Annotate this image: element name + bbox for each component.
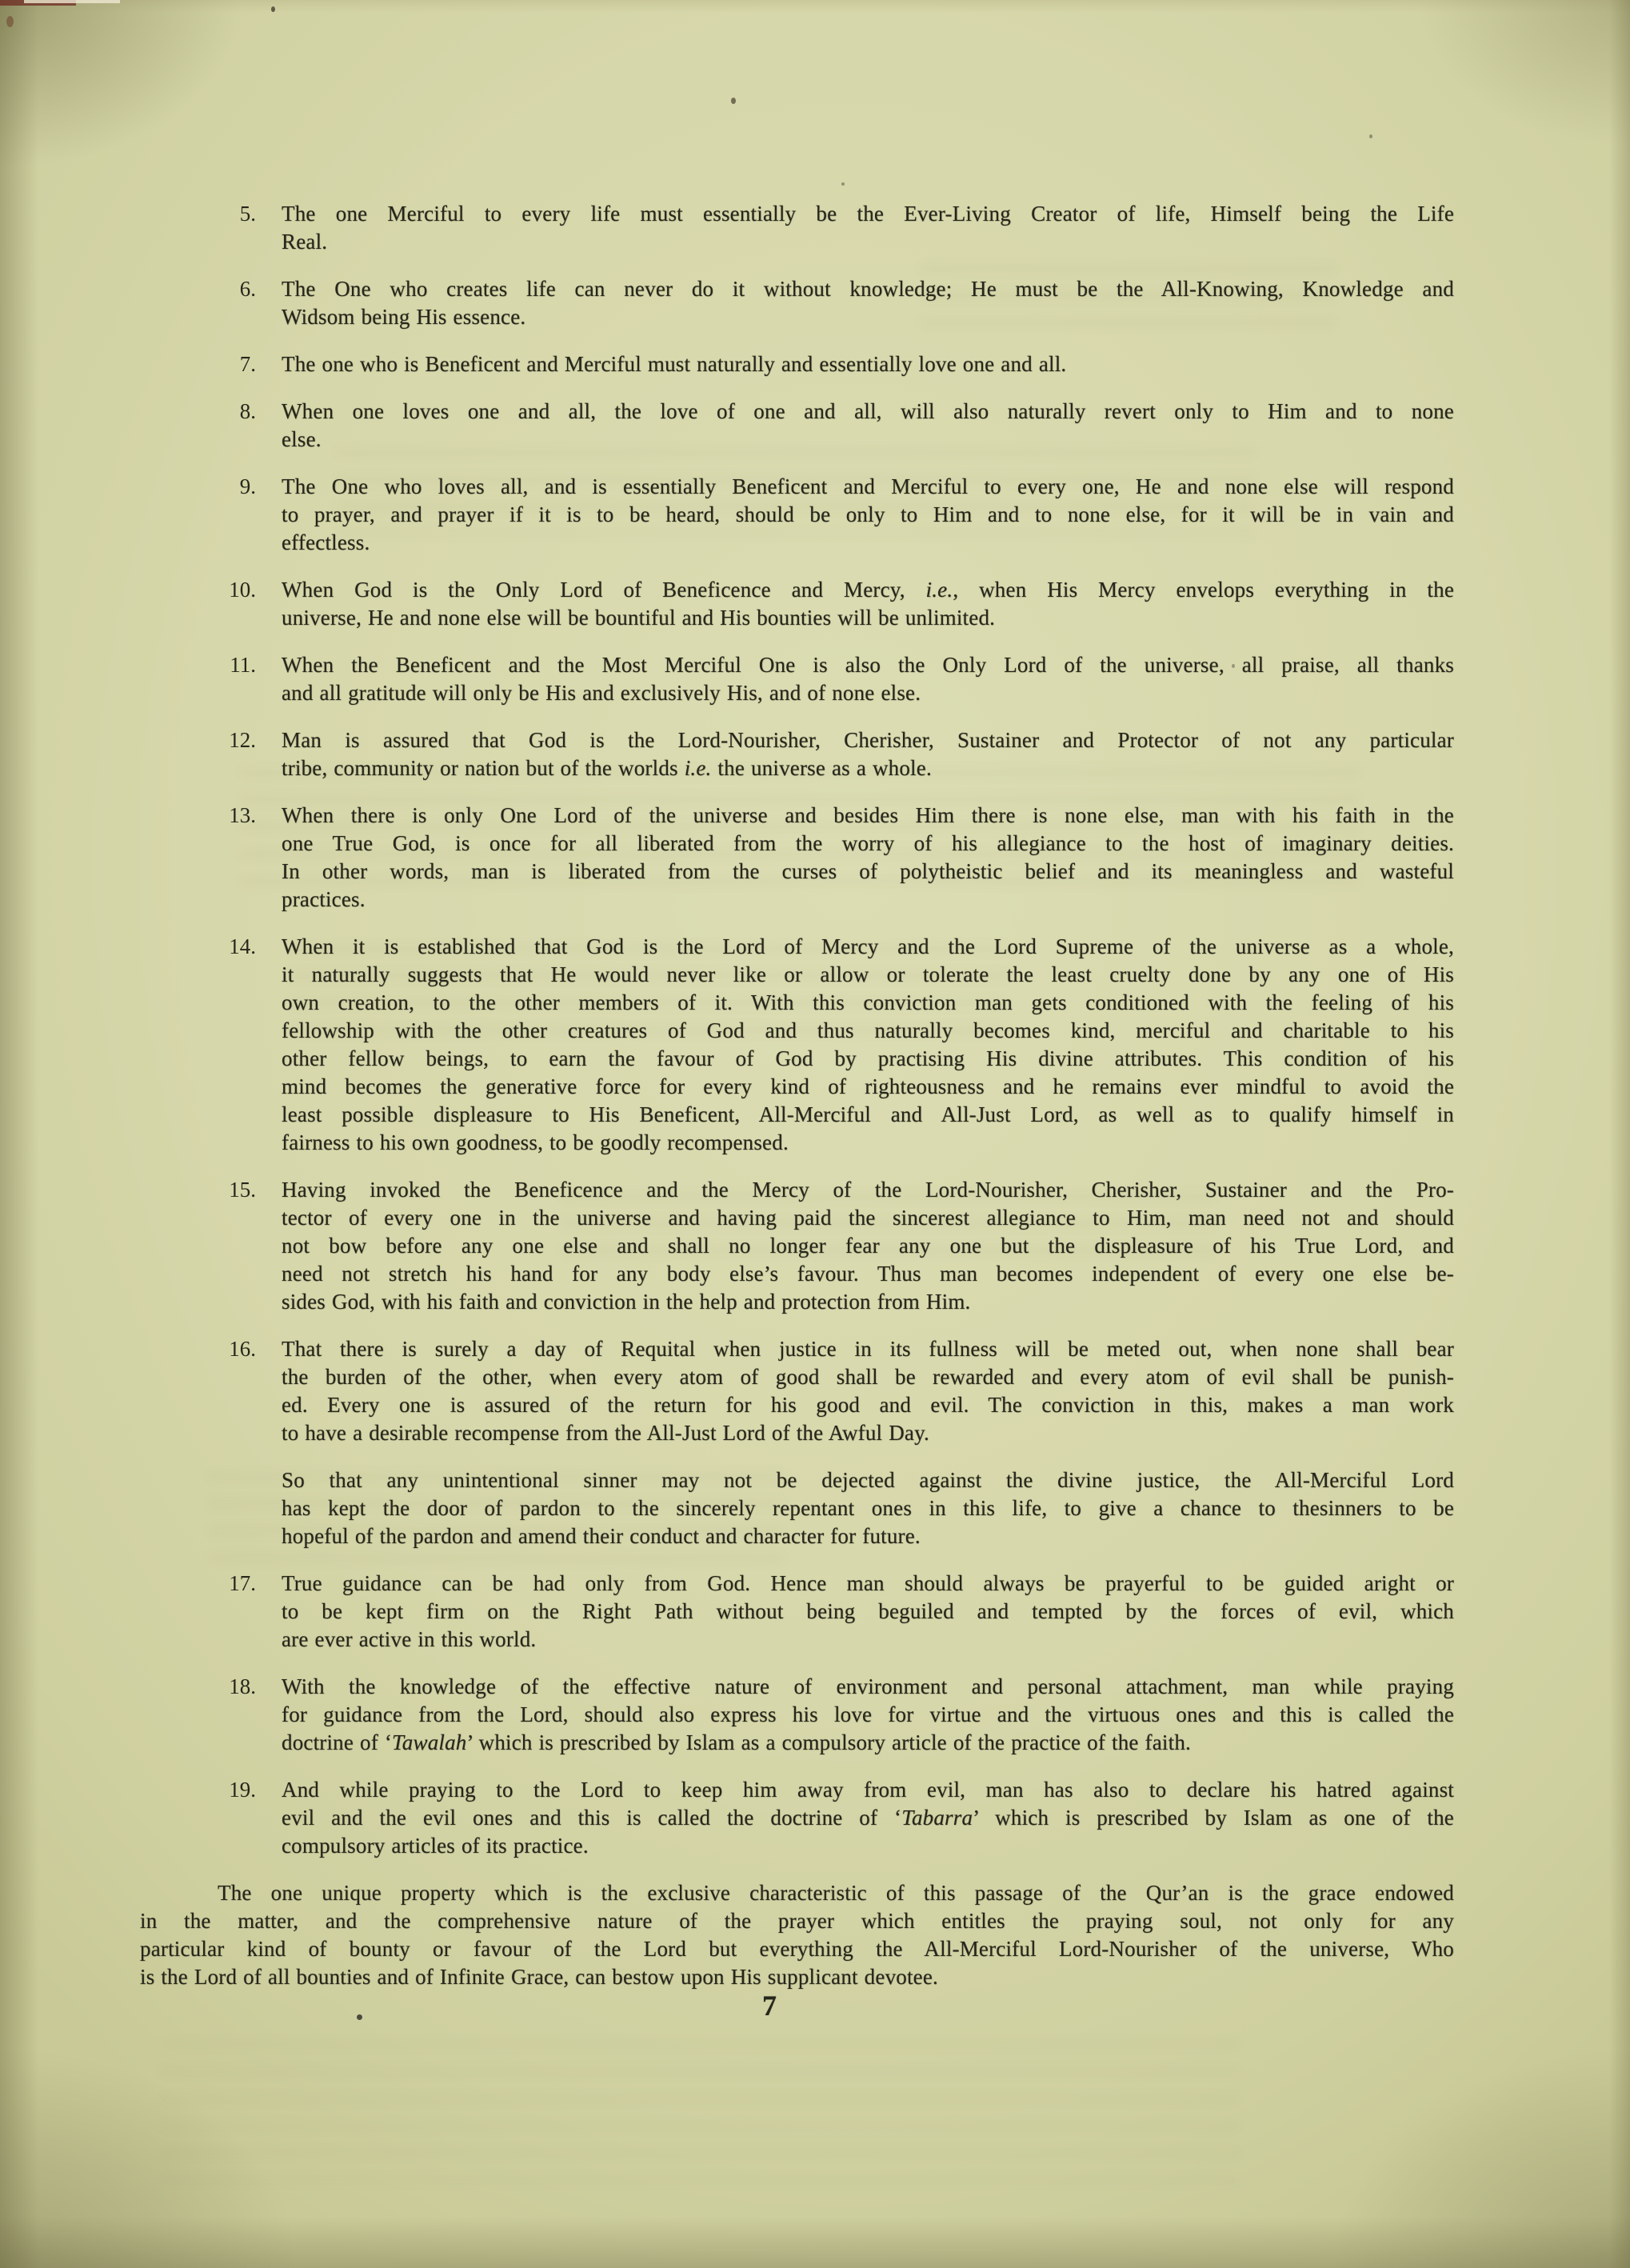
continuation-paragraph: So that any unintentional sinner may not… — [220, 1466, 1454, 1550]
numbered-item: 5.The one Merciful to every life must es… — [220, 200, 1454, 256]
text-line: In other words, man is liberated from th… — [282, 858, 1454, 886]
text-line: fellowship with the other creatures of G… — [282, 1017, 1454, 1045]
text-line: When God is the Only Lord of Beneficence… — [282, 576, 1454, 604]
text-line: particular kind of bounty or favour of t… — [140, 1935, 1454, 1963]
item-number: 15. — [220, 1176, 256, 1316]
paragraph-text: The One who loves all, and is essentiall… — [282, 473, 1454, 557]
paragraph-text: With the knowledge of the effective natu… — [282, 1673, 1454, 1757]
paragraph-text: That there is surely a day of Requital w… — [282, 1335, 1454, 1447]
text-line: is the Lord of all bounties and of Infin… — [140, 1963, 1454, 1991]
text-line: compulsory articles of its practice. — [282, 1832, 1454, 1860]
scan-edge-artifact — [24, 0, 120, 3]
text-line: need not stretch his hand for any body e… — [282, 1260, 1454, 1288]
text-line: and all gratitude will only be His and e… — [282, 679, 1454, 707]
text-line: one True God, is once for all liberated … — [282, 830, 1454, 858]
text-line: Widsom being His essence. — [282, 303, 1454, 331]
text-line: So that any unintentional sinner may not… — [282, 1466, 1454, 1494]
item-number: 18. — [220, 1673, 256, 1757]
text-line: effectless. — [282, 529, 1454, 557]
item-number: 19. — [220, 1776, 256, 1860]
text-line: fairness to his own goodness, to be good… — [282, 1129, 1454, 1157]
text-line: other fellow beings, to earn the favour … — [282, 1045, 1454, 1073]
text-line: ed. Every one is assured of the return f… — [282, 1391, 1454, 1419]
item-number: 7. — [220, 350, 256, 378]
numbered-item: 8.When one loves one and all, the love o… — [220, 398, 1454, 454]
paragraph-text: When the Beneficent and the Most Mercifu… — [282, 651, 1454, 707]
text-line: And while praying to the Lord to keep hi… — [282, 1776, 1454, 1804]
paragraph-text: True guidance can be had only from God. … — [282, 1570, 1454, 1654]
closing-paragraph: The one unique property which is the exc… — [140, 1879, 1454, 1991]
item-number: 13. — [220, 802, 256, 914]
paragraph-text: And while praying to the Lord to keep hi… — [282, 1776, 1454, 1860]
text-line: the burden of the other, when every atom… — [282, 1363, 1454, 1391]
scan-edge-artifact — [0, 0, 76, 6]
text-line: Having invoked the Beneficence and the M… — [282, 1176, 1454, 1204]
paragraph-text: So that any unintentional sinner may not… — [282, 1466, 1454, 1550]
text-line: in the matter, and the comprehensive nat… — [140, 1907, 1454, 1935]
item-number: 12. — [220, 726, 256, 782]
text-block: 5.The one Merciful to every life must es… — [220, 200, 1454, 2010]
text-line: When the Beneficent and the Most Mercifu… — [282, 651, 1454, 679]
numbered-item: 19.And while praying to the Lord to keep… — [220, 1776, 1454, 1860]
page-number: 7 — [729, 1989, 809, 2022]
ink-speck — [357, 2014, 362, 2020]
ink-speck — [841, 182, 845, 186]
paragraph-text: When it is established that God is the L… — [282, 933, 1454, 1157]
item-number — [220, 1466, 256, 1550]
item-number: 8. — [220, 398, 256, 454]
text-line: When there is only One Lord of the unive… — [282, 802, 1454, 830]
item-number: 9. — [220, 473, 256, 557]
text-line: That there is surely a day of Requital w… — [282, 1335, 1454, 1363]
numbered-item: 18.With the knowledge of the effective n… — [220, 1673, 1454, 1757]
text-line: sides God, with his faith and conviction… — [282, 1288, 1454, 1316]
text-line: The One who creates life can never do it… — [282, 275, 1454, 303]
item-number: 14. — [220, 933, 256, 1157]
text-line: least possible displeasure to His Benefi… — [282, 1101, 1454, 1129]
document-page: 5.The one Merciful to every life must es… — [0, 0, 1630, 2268]
text-line: to be kept firm on the Right Path withou… — [282, 1598, 1454, 1626]
text-line: for guidance from the Lord, should also … — [282, 1701, 1454, 1729]
item-number: 6. — [220, 275, 256, 331]
text-line: universe, He and none else will be bount… — [282, 604, 1454, 632]
text-line: When one loves one and all, the love of … — [282, 398, 1454, 426]
text-line: The One who loves all, and is essentiall… — [282, 473, 1454, 501]
text-line: doctrine of ‘Tawalah’ which is prescribe… — [282, 1729, 1454, 1757]
paragraph-text: The One who creates life can never do it… — [282, 275, 1454, 331]
numbered-item: 6.The One who creates life can never do … — [220, 275, 1454, 331]
numbered-item: 17.True guidance can be had only from Go… — [220, 1570, 1454, 1654]
text-line: has kept the door of pardon to the since… — [282, 1494, 1454, 1522]
numbered-item: 10.When God is the Only Lord of Benefice… — [220, 576, 1454, 632]
paragraph-text: When one loves one and all, the love of … — [282, 398, 1454, 454]
text-line: are ever active in this world. — [282, 1626, 1454, 1654]
bleed-through-smudge — [160, 2040, 1240, 2184]
numbered-item: 16.That there is surely a day of Requita… — [220, 1335, 1454, 1447]
ink-speck — [6, 16, 14, 27]
item-number: 17. — [220, 1570, 256, 1654]
text-line: hopeful of the pardon and amend their co… — [282, 1522, 1454, 1550]
paragraph-text: Man is assured that God is the Lord-Nour… — [282, 726, 1454, 782]
numbered-item: 13.When there is only One Lord of the un… — [220, 802, 1454, 914]
paragraph-text: The one who is Beneficent and Merciful m… — [282, 350, 1454, 378]
text-line: With the knowledge of the effective natu… — [282, 1673, 1454, 1701]
text-line: evil and the evil ones and this is calle… — [282, 1804, 1454, 1832]
paragraph-text: When there is only One Lord of the unive… — [282, 802, 1454, 914]
item-number: 11. — [220, 651, 256, 707]
text-line: not bow before any one else and shall no… — [282, 1232, 1454, 1260]
text-line: else. — [282, 426, 1454, 454]
text-line: to prayer, and prayer if it is to be hea… — [282, 501, 1454, 529]
text-line: practices. — [282, 886, 1454, 914]
item-number: 5. — [220, 200, 256, 256]
paragraph-text: The one unique property which is the exc… — [140, 1879, 1454, 1991]
item-number: 10. — [220, 576, 256, 632]
ink-speck — [1369, 134, 1372, 138]
text-line: When it is established that God is the L… — [282, 933, 1454, 961]
numbered-item: 14.When it is established that God is th… — [220, 933, 1454, 1157]
text-line: to have a desirable recompense from the … — [282, 1419, 1454, 1447]
ink-speck — [271, 6, 275, 12]
text-line: True guidance can be had only from God. … — [282, 1570, 1454, 1598]
paragraph-text: When God is the Only Lord of Beneficence… — [282, 576, 1454, 632]
text-line: tribe, community or nation but of the wo… — [282, 754, 1454, 782]
text-line: own creation, to the other members of it… — [282, 989, 1454, 1017]
text-line: Man is assured that God is the Lord-Nour… — [282, 726, 1454, 754]
numbered-item: 11.When the Beneficent and the Most Merc… — [220, 651, 1454, 707]
text-line: Real. — [282, 228, 1454, 256]
numbered-item: 12.Man is assured that God is the Lord-N… — [220, 726, 1454, 782]
paragraph-text: The one Merciful to every life must esse… — [282, 200, 1454, 256]
ink-speck — [731, 98, 736, 104]
numbered-item: 7.The one who is Beneficent and Merciful… — [220, 350, 1454, 378]
item-number: 16. — [220, 1335, 256, 1447]
text-line: it naturally suggests that He would neve… — [282, 961, 1454, 989]
text-line: The one unique property which is the exc… — [140, 1879, 1454, 1907]
paragraph-text: Having invoked the Beneficence and the M… — [282, 1176, 1454, 1316]
text-line: tector of every one in the universe and … — [282, 1204, 1454, 1232]
text-line: The one Merciful to every life must esse… — [282, 200, 1454, 228]
text-line: mind becomes the generative force for ev… — [282, 1073, 1454, 1101]
numbered-item: 15.Having invoked the Beneficence and th… — [220, 1176, 1454, 1316]
text-line: The one who is Beneficent and Merciful m… — [282, 350, 1454, 378]
numbered-item: 9.The One who loves all, and is essentia… — [220, 473, 1454, 557]
